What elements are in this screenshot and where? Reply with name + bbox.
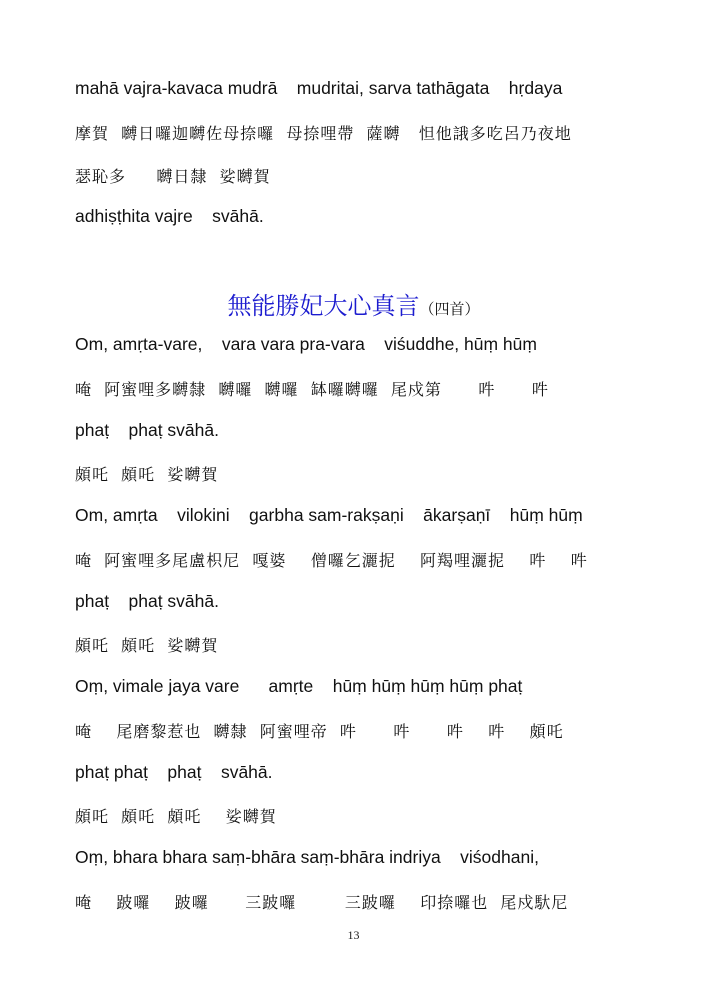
section-title-sub: （四首）	[419, 300, 479, 318]
transliteration-line: Om, amṛta vilokini garbha sam-rakṣaṇi āk…	[75, 505, 583, 526]
chinese-line: 唵 跛囉 跛囉 三跛囉 三跛囉 印捺囉也 尾戍馱尼	[75, 890, 568, 913]
transliteration-line: phaṭ phaṭ phaṭ svāhā.	[75, 762, 273, 783]
transliteration-line: phaṭ phaṭ svāhā.	[75, 420, 219, 441]
chinese-line: 摩賀 嚩日囉迦嚩佐母捺囉 母捺哩帶 薩嚩 怛他誐多吃呂乃夜地	[75, 121, 572, 144]
section-title: 無能勝妃大心真言（四首）	[0, 286, 707, 321]
document-page: mahā vajra-kavaca mudrā mudritai, sarva …	[0, 0, 707, 1000]
section-title-main: 無能勝妃大心真言	[227, 292, 419, 320]
chinese-line: 唵 阿蜜哩多嚩隸 嚩囉 嚩囉 缽囉嚩囉 尾戍第 吽 吽	[75, 377, 549, 400]
transliteration-line: mahā vajra-kavaca mudrā mudritai, sarva …	[75, 78, 562, 99]
chinese-line: 唵 尾磨黎惹也 嚩隸 阿蜜哩帝 吽 吽 吽 吽 頗吒	[75, 719, 564, 742]
transliteration-line: Oṃ, bhara bhara saṃ-bhāra saṃ-bhāra indr…	[75, 847, 539, 868]
transliteration-line: Oṃ, vimale jaya vare amṛte hūṃ hūṃ hūṃ h…	[75, 676, 522, 697]
chinese-line: 頗吒 頗吒 娑嚩賀	[75, 462, 218, 485]
transliteration-line: phaṭ phaṭ svāhā.	[75, 591, 219, 612]
transliteration-line: adhiṣṭhita vajre svāhā.	[75, 206, 264, 227]
chinese-line: 頗吒 頗吒 頗吒 娑嚩賀	[75, 804, 277, 827]
chinese-line: 唵 阿蜜哩多尾盧枳尼 嘎婆 僧囉乞灑抳 阿羯哩灑抳 吽 吽	[75, 548, 588, 571]
transliteration-line: Om, amṛta-vare, vara vara pra-vara viśud…	[75, 334, 537, 355]
chinese-line: 瑟恥多 嚩日隸 娑嚩賀	[75, 164, 271, 187]
chinese-line: 頗吒 頗吒 娑嚩賀	[75, 633, 218, 656]
page-number: 13	[0, 928, 707, 943]
